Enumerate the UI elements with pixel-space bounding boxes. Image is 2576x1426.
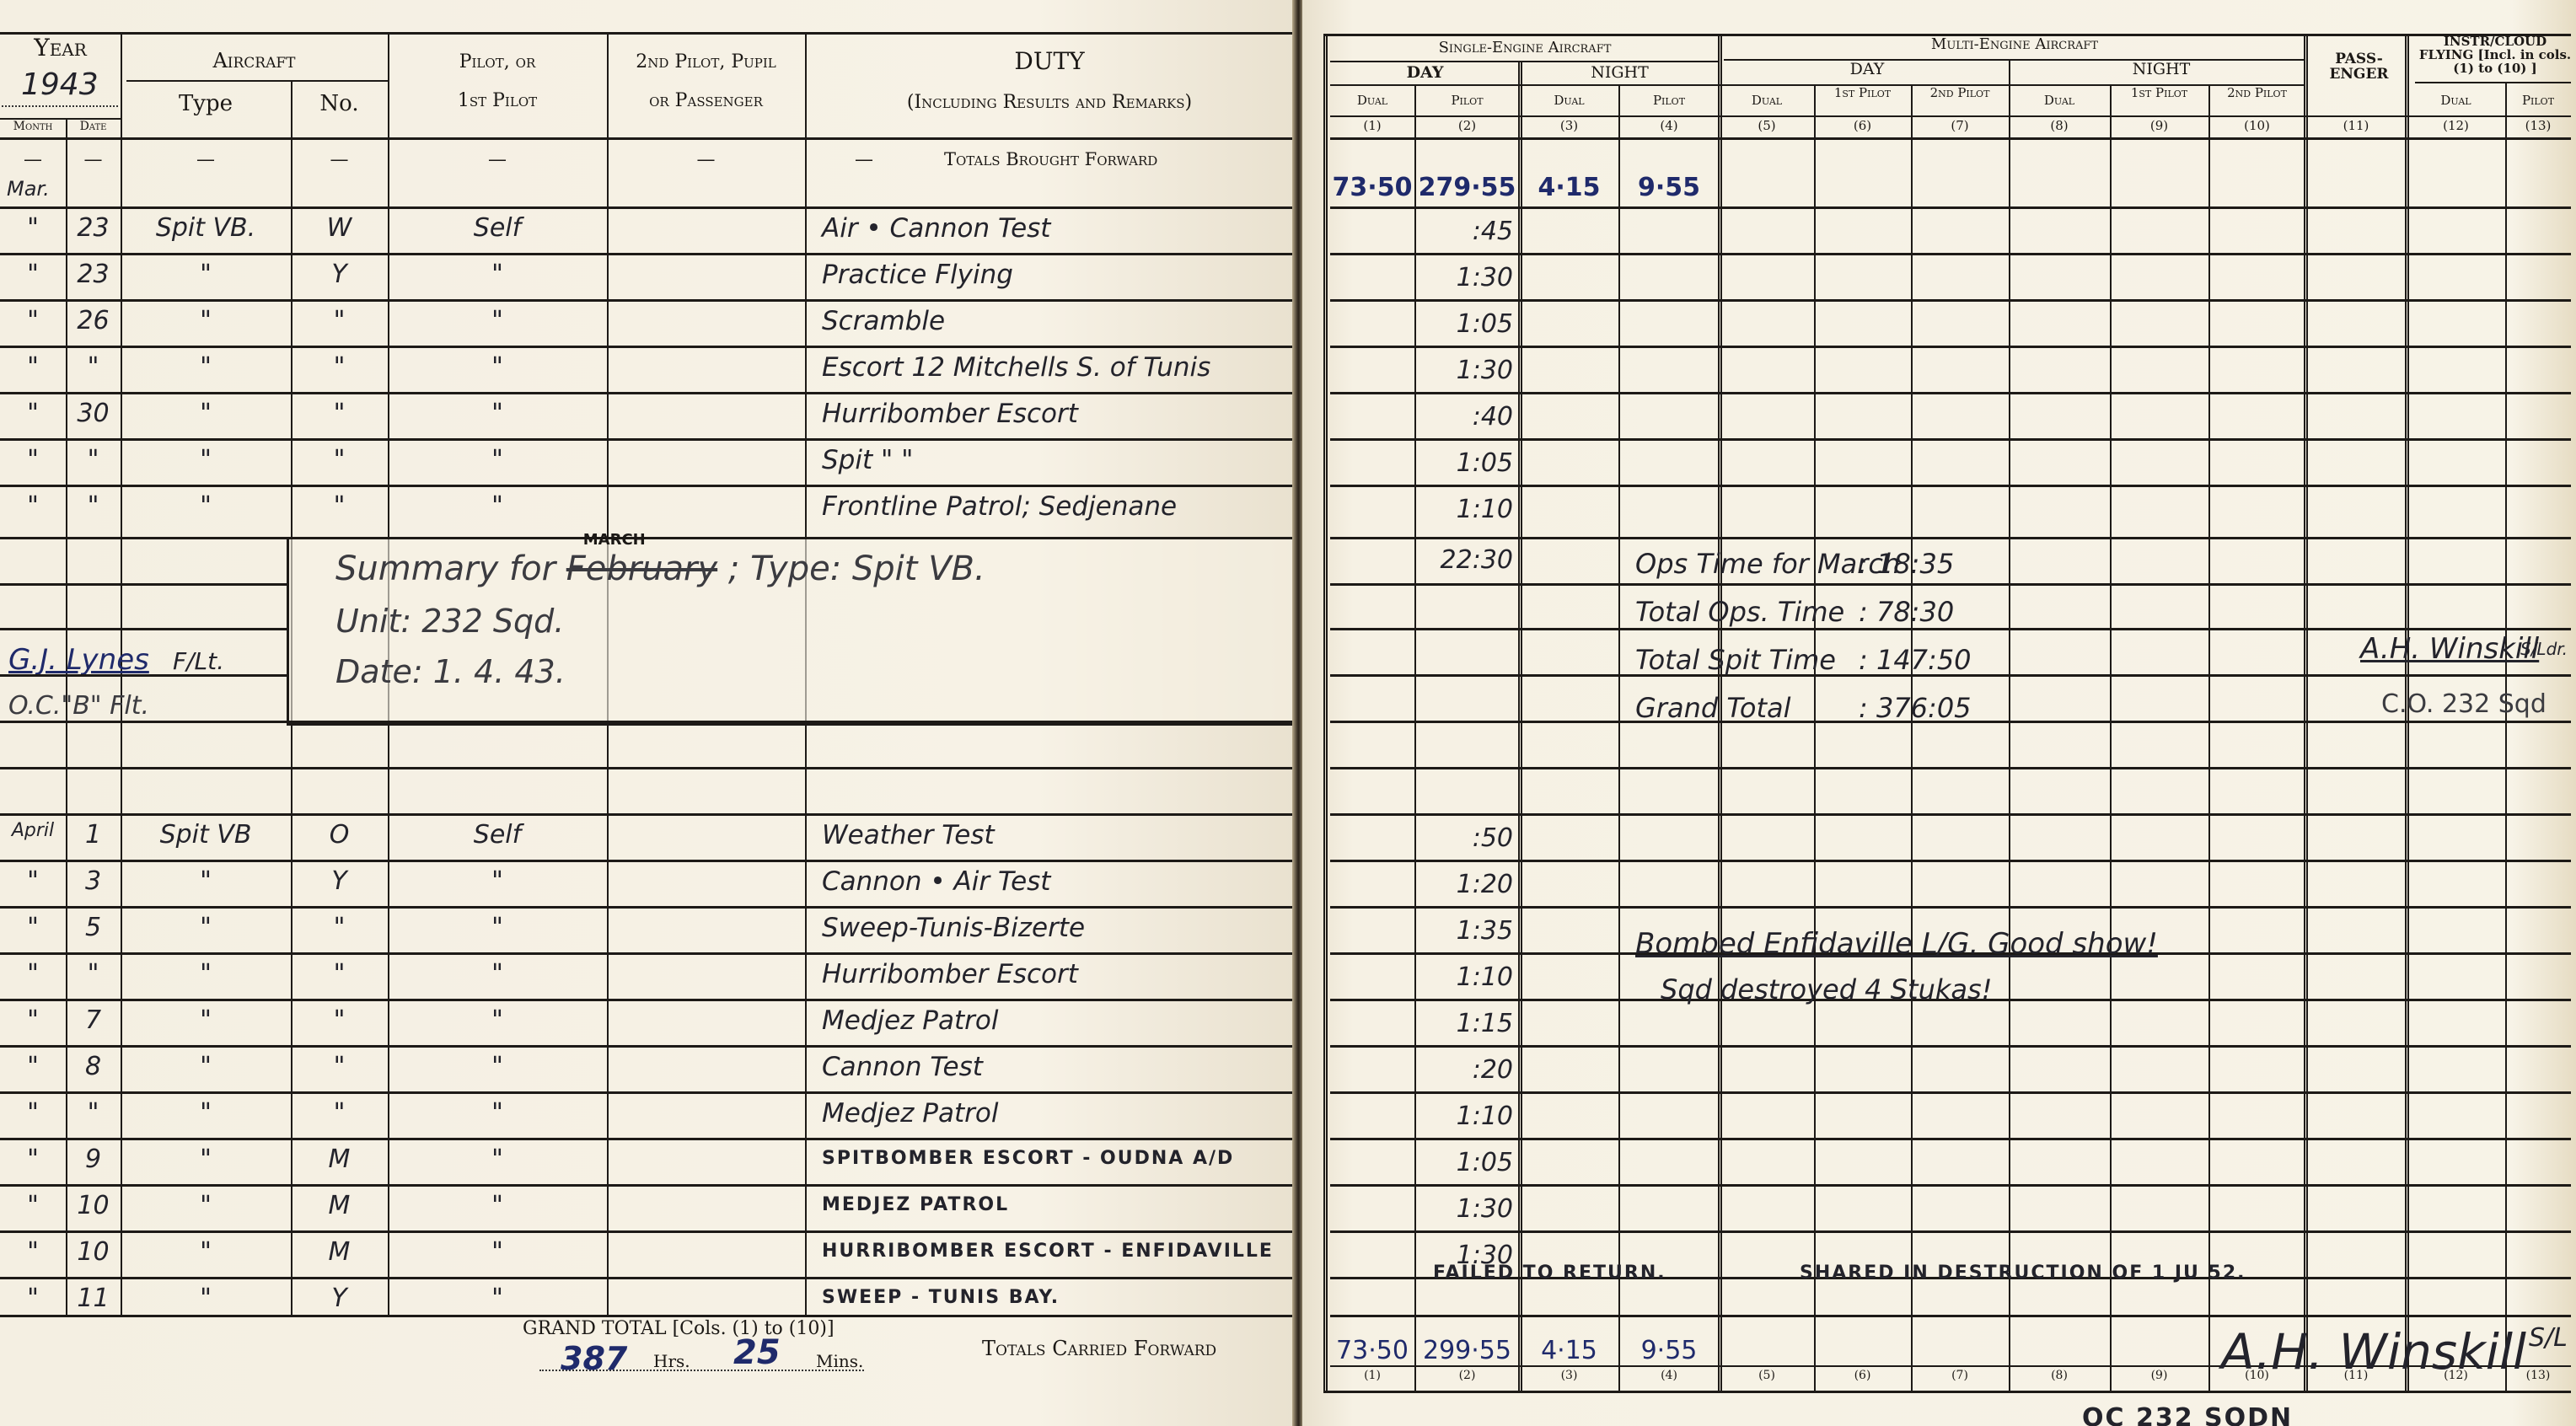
carried-forward-col-3: 4·15 (1520, 1336, 1618, 1365)
dash: — (121, 150, 291, 169)
month-header: Month (0, 121, 66, 133)
april-pilot-time: :50 (1414, 823, 1513, 853)
entry-pilot: " (388, 352, 607, 382)
ops-summary-value: : 78:30 (1859, 596, 1954, 628)
entry-no: " (291, 913, 388, 942)
entry-month: " (0, 213, 66, 243)
entry-type: " (121, 1284, 291, 1313)
logbook-right-page: Single-Engine Aircraft Multi-Engine Airc… (1302, 0, 2576, 1426)
column-number: (1) (1330, 120, 1414, 133)
entry-type: " (121, 1237, 291, 1267)
column-number: (4) (1618, 120, 1720, 133)
entry-duty: Escort 12 Mitchells S. of Tunis (822, 352, 1210, 383)
entry-month: " (0, 1191, 66, 1220)
remark-failed-to-return: FAILED TO RETURN. (1433, 1262, 1666, 1284)
entry-type: " (121, 260, 291, 289)
column-label: Dual (2009, 94, 2110, 108)
single-engine-header: Single-Engine Aircraft (1330, 40, 1720, 56)
column-label: 2nd Pilot (1911, 87, 2009, 100)
entry-month: " (0, 1052, 66, 1081)
aircraft-header: Aircraft (121, 51, 388, 72)
entry-type: " (121, 959, 291, 989)
column-number: (2) (1414, 120, 1520, 133)
column-label: 2nd Pilot (2208, 87, 2305, 100)
entry-pilot: " (388, 1052, 607, 1081)
entry-duty: Cannon • Air Test (822, 866, 1050, 897)
entry-no: " (291, 1052, 388, 1081)
grand-total-mins: 25 (733, 1333, 781, 1372)
year-label: Year (0, 35, 121, 60)
entry-type: " (121, 399, 291, 428)
entry-date: 7 (66, 1005, 121, 1035)
entry-pilot: " (388, 306, 607, 335)
entry-pilot: Self (388, 820, 607, 850)
dash: — (0, 150, 66, 169)
entry-date: " (66, 1098, 121, 1128)
entry-no: M (291, 1145, 388, 1174)
entry-month: " (0, 959, 66, 989)
entry-duty: SPITBOMBER ESCORT - OUDNA A/D (822, 1148, 1234, 1169)
entry-no: " (291, 352, 388, 382)
entry-no: Y (291, 260, 388, 289)
month-marker: Mar. (7, 177, 50, 201)
entry-duty: Medjez Patrol (822, 1005, 998, 1036)
multi-engine-header: Multi-Engine Aircraft (1724, 37, 2305, 53)
entry-duty: SWEEP - TUNIS BAY. (822, 1287, 1060, 1308)
duty-header: DUTY (805, 49, 1294, 73)
entry-duty: Sweep-Tunis-Bizerte (822, 913, 1085, 943)
brought-forward-col-2: 279·55 (1414, 173, 1520, 202)
column-number: (9) (2110, 120, 2208, 133)
pilot-header: Pilot, or (388, 52, 607, 72)
column-label: Dual (1720, 94, 1814, 108)
monthly-summary-box: Summary for February MARCH ; Type: Spit … (287, 537, 1296, 726)
mins-label: Mins. (816, 1353, 863, 1370)
ops-summary-label: Grand Total (1635, 692, 1791, 724)
column-number: (11) (2305, 120, 2407, 133)
ops-summary-value: : 18:35 (1859, 548, 1954, 580)
entry-month: " (0, 1005, 66, 1035)
entry-type: " (121, 306, 291, 335)
entry-no: " (291, 1005, 388, 1035)
april-pilot-time: 1:20 (1414, 870, 1513, 899)
april-pilot-time: 1:10 (1414, 962, 1513, 992)
entry-duty: Medjez Patrol (822, 1098, 998, 1128)
column-number: (8) (2009, 120, 2110, 133)
column-label: 1st Pilot (1814, 87, 1911, 100)
entry-month: " (0, 913, 66, 942)
entry-duty: Air • Cannon Test (822, 213, 1050, 244)
column-number: (3) (1520, 120, 1618, 133)
no-header: No. (291, 93, 388, 115)
hrs-label: Hrs. (653, 1353, 690, 1370)
totals-brought-forward-label: Totals Brought Forward (944, 150, 1281, 169)
column-number: (5) (1720, 120, 1814, 133)
remark-enfidaville: Bombed Enfidaville L/G. Good show! (1635, 927, 2158, 961)
grand-total-label: GRAND TOTAL [Cols. (1) to (10)] (523, 1319, 835, 1338)
entry-duty: HURRIBOMBER ESCORT - ENFIDAVILLE (822, 1241, 1274, 1262)
column-number: (6) (1814, 120, 1911, 133)
entry-date: 23 (66, 213, 121, 243)
co-role: C.O. 232 Sqd (2381, 689, 2546, 719)
column-label: Dual (1520, 94, 1618, 108)
entry-duty: Cannon Test (822, 1052, 983, 1082)
dash: — (607, 150, 805, 169)
entry-pilot: " (388, 1237, 607, 1267)
entry-pilot: " (388, 399, 607, 428)
entry-month: " (0, 1145, 66, 1174)
me-night-header: NIGHT (2017, 62, 2305, 78)
entry-duty: Frontline Patrol; Sedjenane (822, 491, 1177, 522)
entry-type: " (121, 1098, 291, 1128)
se-night-header: NIGHT (1520, 65, 1720, 82)
carried-forward-col-1: 73·50 (1330, 1336, 1414, 1365)
co-signature: A.H. Winskill (2360, 632, 2539, 666)
grand-total-hours: 387 (561, 1340, 627, 1377)
entry-date: 8 (66, 1052, 121, 1081)
entry-duty: Hurribomber Escort (822, 959, 1078, 989)
dash: — (66, 150, 121, 169)
entry-duty: Hurribomber Escort (822, 399, 1078, 429)
entry-month: " (0, 352, 66, 382)
entry-month: " (0, 306, 66, 335)
logbook-left-page: Year 1943 Month Date Aircraft Type No. P… (0, 0, 1294, 1426)
column-number-footer: (9) (2110, 1370, 2208, 1382)
entry-date: " (66, 959, 121, 989)
entry-duty: Spit " " (822, 445, 913, 475)
entry-pilot: " (388, 913, 607, 942)
entry-pilot: " (388, 959, 607, 989)
column-number: (7) (1911, 120, 2009, 133)
entry-type: " (121, 913, 291, 942)
april-pilot-time: 1:15 (1414, 1009, 1513, 1038)
date-header: Date (66, 121, 121, 133)
entry-date: 9 (66, 1145, 121, 1174)
entry-duty: MEDJEZ PATROL (822, 1194, 1009, 1215)
year-value: 1943 (21, 67, 99, 102)
entry-no: M (291, 1237, 388, 1267)
dash: — (291, 150, 388, 169)
entry-month: " (0, 1284, 66, 1313)
column-number: (13) (2505, 120, 2571, 133)
instr-cloud-header: INSTR/CLOUD FLYING [Incl. in cols. (1) t… (2415, 35, 2575, 75)
march-pilot-time: 1:30 (1414, 263, 1513, 292)
entry-pilot: " (388, 445, 607, 474)
april-pilot-time: 1:05 (1414, 1148, 1513, 1177)
column-number-footer: (3) (1520, 1370, 1618, 1382)
entry-no: " (291, 491, 388, 521)
se-day-header: DAY (1330, 65, 1520, 82)
column-label: 1st Pilot (2110, 87, 2208, 100)
footer-co-signature: A.H. Winskill (2221, 1323, 2526, 1380)
entry-month: " (0, 1098, 66, 1128)
column-label: Pilot (2505, 94, 2571, 108)
entry-no: " (291, 399, 388, 428)
summary-date: Date: 1. 4. 43. (335, 653, 566, 690)
column-number-footer: (1) (1330, 1370, 1414, 1382)
entry-month: " (0, 445, 66, 474)
co-rank: S/Ldr. (2520, 639, 2568, 659)
passenger-header: PASS-ENGER (2310, 52, 2407, 83)
march-pilot-time: :40 (1414, 402, 1513, 432)
ops-summary-label: Total Ops. Time (1635, 596, 1844, 628)
totals-carried-forward-label: Totals Carried Forward (982, 1338, 1216, 1359)
entry-date: 11 (66, 1284, 121, 1313)
entry-pilot: " (388, 491, 607, 521)
entry-month: " (0, 866, 66, 896)
entry-date: 23 (66, 260, 121, 289)
ops-summary-label: Total Spit Time (1635, 644, 1836, 676)
march-total-time: 22:30 (1414, 545, 1513, 575)
entry-pilot: " (388, 1284, 607, 1313)
march-pilot-time: 1:05 (1414, 309, 1513, 339)
column-number-footer: (8) (2009, 1370, 2110, 1382)
remark-stukas: Sqd destroyed 4 Stukas! (1661, 973, 1992, 1005)
entry-no: " (291, 306, 388, 335)
column-number-footer: (5) (1720, 1370, 1814, 1382)
entry-date: 10 (66, 1191, 121, 1220)
flight-commander-rank: F/Lt. (173, 647, 224, 675)
entry-date: 1 (66, 820, 121, 850)
entry-type: " (121, 1145, 291, 1174)
entry-pilot: " (388, 1145, 607, 1174)
entry-type: " (121, 1191, 291, 1220)
footer-co-rank: S/L (2529, 1323, 2568, 1353)
column-number-footer: (6) (1814, 1370, 1911, 1382)
column-number-footer: (4) (1618, 1370, 1720, 1382)
entry-no: M (291, 1191, 388, 1220)
column-number: (12) (2407, 120, 2505, 133)
second-pilot-header: 2nd Pilot, Pupil (607, 52, 805, 72)
ops-summary-value: : 147:50 (1859, 644, 1972, 676)
entry-date: " (66, 491, 121, 521)
april-pilot-time: 1:30 (1414, 1194, 1513, 1224)
entry-month: April (0, 820, 66, 841)
entry-no: " (291, 445, 388, 474)
entry-month: " (0, 260, 66, 289)
brought-forward-col-1: 73·50 (1330, 173, 1414, 202)
pilot-header-2: 1st Pilot (388, 91, 607, 110)
april-pilot-time: 1:10 (1414, 1102, 1513, 1131)
column-number: (10) (2208, 120, 2305, 133)
flight-commander-role: O.C."B" Flt. (8, 691, 149, 721)
entry-month: " (0, 491, 66, 521)
march-pilot-time: :45 (1414, 217, 1513, 246)
entry-no: " (291, 1098, 388, 1128)
summary-line-1: Summary for February MARCH ; Type: Spit … (335, 549, 985, 588)
entry-type: Spit VB. (121, 213, 291, 243)
march-pilot-time: 1:05 (1414, 448, 1513, 478)
brought-forward-col-3: 4·15 (1520, 173, 1618, 202)
entry-no: O (291, 820, 388, 850)
entry-date: " (66, 445, 121, 474)
entry-type: " (121, 866, 291, 896)
column-number-footer: (7) (1911, 1370, 2009, 1382)
dash: — (805, 150, 923, 169)
dash: — (388, 150, 607, 169)
inserted-month: MARCH (583, 531, 646, 549)
remark-shared-destruction: SHARED IN DESTRUCTION OF 1 JU 52. (1800, 1262, 2246, 1284)
entry-pilot: " (388, 866, 607, 896)
entry-no: Y (291, 1284, 388, 1313)
column-label: Dual (2407, 94, 2505, 108)
carried-forward-col-4: 9·55 (1618, 1336, 1720, 1365)
brought-forward-col-4: 9·55 (1618, 173, 1720, 202)
me-day-header: DAY (1724, 62, 2010, 78)
entry-type: " (121, 491, 291, 521)
entry-date: " (66, 352, 121, 382)
entry-pilot: " (388, 1098, 607, 1128)
march-pilot-time: 1:10 (1414, 495, 1513, 524)
column-label: Pilot (1414, 94, 1520, 108)
entry-date: 30 (66, 399, 121, 428)
footer-unit: OC 232 SQDN (2082, 1403, 2293, 1426)
ops-summary-value: : 376:05 (1859, 692, 1972, 724)
entry-date: 26 (66, 306, 121, 335)
march-pilot-time: 1:30 (1414, 356, 1513, 385)
entry-pilot: " (388, 1005, 607, 1035)
entry-type: " (121, 352, 291, 382)
entry-no: " (291, 959, 388, 989)
entry-no: Y (291, 866, 388, 896)
duty-subheader: (Including Results and Remarks) (805, 93, 1294, 112)
entry-date: 5 (66, 913, 121, 942)
entry-pilot: Self (388, 213, 607, 243)
flight-commander-signature: G.J. Lynes (8, 643, 149, 677)
second-pilot-header-2: or Passenger (607, 91, 805, 110)
entry-date: 3 (66, 866, 121, 896)
entry-no: W (291, 213, 388, 243)
entry-pilot: " (388, 260, 607, 289)
entry-type: Spit VB (121, 820, 291, 850)
entry-month: " (0, 1237, 66, 1267)
entry-date: 10 (66, 1237, 121, 1267)
entry-duty: Scramble (822, 306, 945, 336)
entry-type: " (121, 1052, 291, 1081)
column-label: Dual (1330, 94, 1414, 108)
april-pilot-time: :20 (1414, 1055, 1513, 1085)
type-header: Type (121, 93, 291, 115)
entry-pilot: " (388, 1191, 607, 1220)
summary-unit: Unit: 232 Sqd. (335, 603, 564, 640)
entry-duty: Weather Test (822, 820, 995, 850)
entry-type: " (121, 1005, 291, 1035)
entry-duty: Practice Flying (822, 260, 1013, 290)
april-pilot-time: 1:35 (1414, 916, 1513, 946)
column-number-footer: (2) (1414, 1370, 1520, 1382)
entry-type: " (121, 445, 291, 474)
column-label: Pilot (1618, 94, 1720, 108)
entry-month: " (0, 399, 66, 428)
carried-forward-col-2: 299·55 (1414, 1336, 1520, 1365)
